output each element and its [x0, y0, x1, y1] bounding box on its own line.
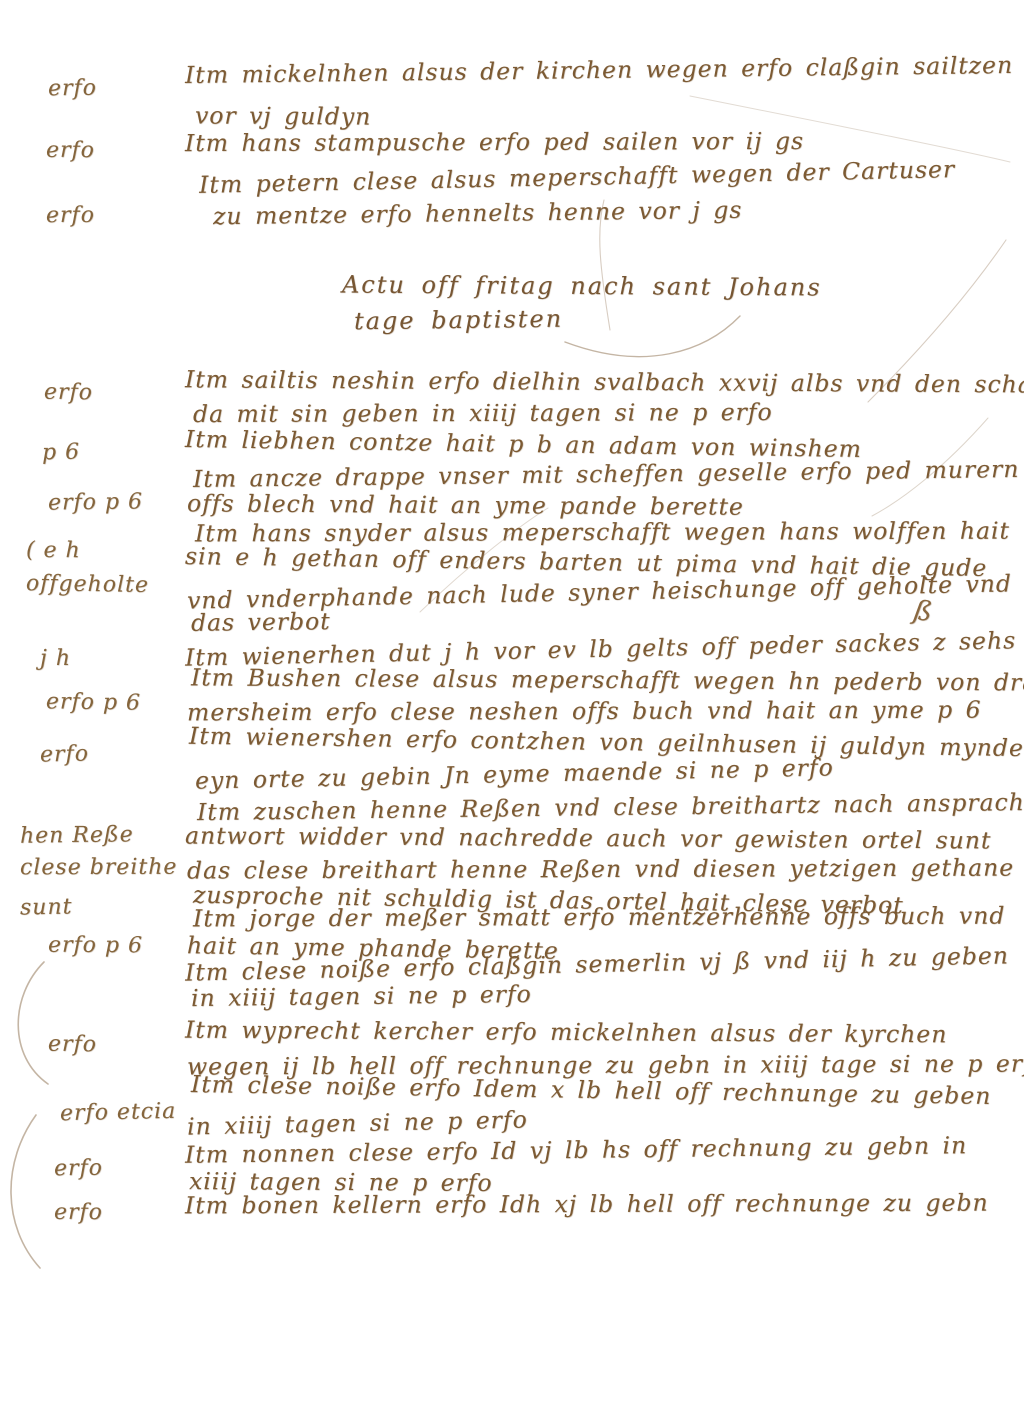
entry-line: offs blech vnd hait an yme pande berette	[187, 489, 744, 520]
margin-note: ( e h	[26, 538, 81, 563]
margin-note: erfo	[48, 76, 97, 102]
margin-note: offgeholte	[26, 571, 149, 598]
photograph-frame: { "colors": { "paper": "#e9dcbd", "ink":…	[0, 0, 1024, 1401]
flourish-stroke	[11, 1115, 40, 1268]
entry-line: in xiiij tagen si ne p erfo	[191, 980, 532, 1012]
margin-note: sunt	[20, 894, 73, 920]
margin-note: j h	[40, 646, 71, 671]
entry-line: zu mentze erfo hennelts henne vor j gs	[213, 196, 743, 230]
entry-line: Itm sailtis neshin erfo dielhin svalbach…	[185, 365, 1024, 398]
entry-line: das clese breithart henne Reßen vnd dies…	[187, 854, 1014, 885]
entry-line: mersheim erfo clese neshen offs buch vnd…	[187, 696, 982, 727]
entry-line: Itm Bushen clese alsus meperschafft wege…	[191, 663, 1024, 696]
entry-line: Itm wienershen erfo contzhen von geilnhu…	[189, 722, 1024, 763]
entry-line: Itm ancze drappe vnser mit scheffen gese…	[193, 455, 1020, 493]
entry-line: das verbot	[191, 607, 331, 637]
margin-note: erfo	[54, 1156, 103, 1182]
margin-note: erfo	[54, 1200, 103, 1225]
margin-note: erfo	[44, 380, 93, 406]
margin-note: erfo	[46, 138, 95, 163]
flourish-stroke	[18, 962, 48, 1084]
entry-line: Itm zuschen henne Reßen vnd clese breith…	[197, 788, 1024, 826]
entry-line: vor vj guldyn	[195, 101, 371, 130]
margin-note: erfo p 6	[48, 489, 143, 515]
margin-note: clese breithe	[20, 855, 177, 881]
margin-note: erfo	[46, 203, 95, 228]
heading-line: Actu off fritag nach sant Johans	[342, 271, 822, 302]
entry-line: Itm mickelnhen alsus der kirchen wegen e…	[185, 51, 1013, 89]
margin-note: hen Reße	[20, 822, 134, 848]
margin-note: erfo	[40, 741, 89, 767]
margin-note: erfo etcia	[60, 1099, 177, 1126]
entry-line: in xiiij tagen si ne p erfo	[187, 1105, 528, 1140]
stray-ink-mark: ß	[912, 595, 935, 628]
manuscript-page: Actu off fritag nach sant Johans tage ba…	[0, 0, 1024, 1401]
margin-note: erfo p 6	[46, 689, 141, 715]
entry-line: Itm petern clese alsus meperschafft wege…	[199, 155, 956, 199]
entry-line: antwort widder vnd nachredde auch vor ge…	[185, 822, 992, 855]
entry-line: Itm hans stampusche erfo ped sailen vor …	[185, 127, 804, 157]
entry-line: eyn orte zu gebin Jn eyme maende si ne p…	[195, 753, 834, 794]
flourish-stroke	[565, 316, 740, 357]
margin-note: p 6	[42, 440, 81, 466]
entry-line: Itm wyprecht kercher erfo mickelnhen als…	[185, 1016, 948, 1049]
entry-line: Itm bonen kellern erfo Idh xj lb hell of…	[185, 1189, 989, 1220]
heading-line: tage baptisten	[354, 305, 563, 336]
margin-note: erfo p 6	[48, 933, 143, 959]
margin-note: erfo	[48, 1032, 97, 1058]
entry-line: Itm hans snyder alsus meperschafft wegen…	[195, 517, 1010, 548]
entry-line: da mit sin geben in xiiij tagen si ne p …	[193, 398, 773, 428]
entry-line: Itm jorge der meßer smatt erfo mentzerhe…	[193, 902, 1005, 933]
